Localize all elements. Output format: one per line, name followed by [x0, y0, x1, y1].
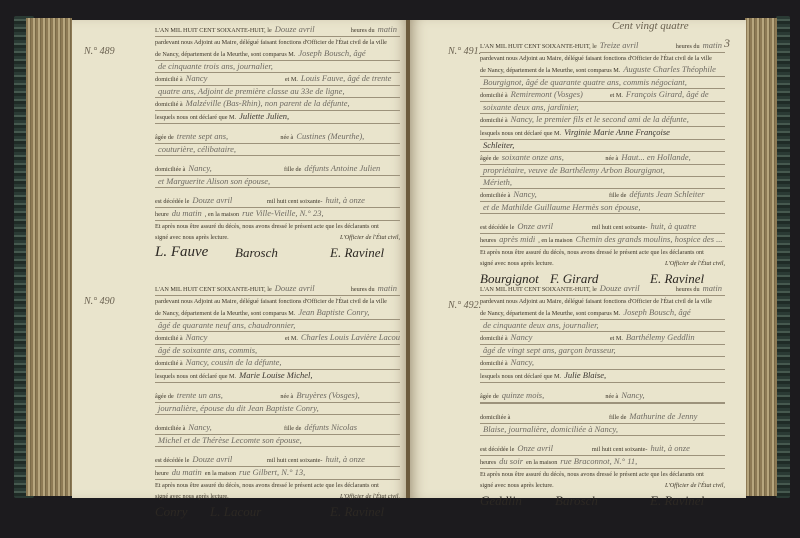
declarant2: Barthélemy Geddlin [623, 332, 725, 343]
line2: pardevant nous Adjoint au Maire, délégué… [480, 53, 712, 64]
occupation: journalière, épouse du dit Jean Baptiste… [155, 403, 400, 414]
officer-label: L'Officier de l'État civil, [665, 480, 725, 491]
declarant1-cont: Bourgignot, âgé de quarante quatre ans, … [480, 77, 725, 88]
declarant2-cont: soixante deux ans, jardinier, [480, 102, 725, 113]
domicile-label: domiciliée à [155, 164, 185, 175]
signatures: L. Fauve Barosch E. Ravinel [155, 243, 400, 273]
domicile3: Nancy, [185, 422, 284, 433]
domicile-label: domicilié à [155, 358, 183, 369]
declarant1-cont: de cinquante trois ans, journalier, [155, 61, 400, 72]
hour-label: heures du [676, 284, 700, 295]
book-cover-right [776, 16, 790, 498]
deceased-name: Marie Louise Michel, [236, 370, 400, 381]
death-date: Onze avril [514, 221, 592, 232]
closing: Et après nous être assuré du décès, nous… [155, 221, 379, 232]
declared-label: lesquels nous ont déclaré que M. [155, 112, 236, 123]
declarant2-cont: quatre ans, Adjoint de première classe a… [155, 86, 400, 97]
declarant1: Joseph Bousch, âgé [620, 307, 725, 318]
house-label: , en la maison [538, 235, 572, 246]
age: soixante onze ans, [499, 152, 606, 163]
domicile-label: domicilié à [155, 99, 183, 110]
death-hour: huit, à onze [322, 195, 400, 206]
domicile-label: domicilié à [155, 74, 183, 85]
officer-label: L'Officier de l'État civil, [340, 491, 400, 502]
parents: Mathurine de Jenny [626, 411, 725, 422]
birthplace: Custines (Meurthe), [293, 131, 400, 142]
hour-label: heures du [351, 25, 375, 36]
death-period: du matin [169, 467, 205, 478]
closing2: signé avec nous après lecture. [155, 491, 340, 502]
officer-label: L'Officier de l'État civil, [340, 232, 400, 243]
domicile-label: domiciliée à [480, 412, 510, 423]
domicile2: Nancy, [508, 357, 725, 368]
date: Douze avril [272, 24, 351, 35]
domicile3: Nancy, [185, 163, 284, 174]
death-record-491: L'AN MIL HUIT CENT SOIXANTE-HUIT, leTrei… [480, 40, 725, 299]
age-label: âgée de [155, 391, 174, 402]
age-label: âgée de [155, 132, 174, 143]
domicile2: Nancy, le premier fils et le second ami … [508, 114, 725, 125]
occupation: propriétaire, veuve de Barthélemy Arbon … [480, 165, 725, 176]
closing: Et après nous être assuré du décès, nous… [480, 469, 704, 480]
page-edges-right [745, 18, 777, 496]
death-hour: huit, à quatre [647, 221, 725, 232]
period: matin [375, 24, 400, 35]
declared-label: lesquels nous ont déclaré que M. [480, 371, 561, 382]
house: rue Braconnot, N.° 11, [557, 456, 725, 467]
hour-word: heures [480, 235, 496, 246]
birthplace: Haut... en Hollande, [618, 152, 725, 163]
deceased-name: Juliette Julien, [236, 111, 400, 122]
domicile-label: domicilié à [480, 333, 508, 344]
declarant1-cont: âgé de quarante neuf ans, chaudronnier, [155, 320, 400, 331]
domicile-label: domiciliée à [155, 423, 185, 434]
age-label: âgée de [480, 153, 499, 164]
declarant2-cont: âgé de vingt sept ans, garçon brasseur, [480, 345, 725, 356]
line2: pardevant nous Adjoint au Maire, délégué… [480, 296, 712, 307]
officer-label: L'Officier de l'État civil, [665, 258, 725, 269]
parents-label: fille de [284, 164, 301, 175]
signature: E. Ravinel [650, 495, 704, 506]
preamble: L'AN MIL HUIT CENT SOIXANTE-HUIT, le [155, 284, 272, 295]
signatures: Conry L. Lacour E. Ravinel [155, 502, 400, 532]
death-record-492: L'AN MIL HUIT CENT SOIXANTE-HUIT, leDouz… [480, 283, 725, 521]
domicile-label: domiciliée à [480, 190, 510, 201]
page-edges-left [26, 18, 72, 496]
preamble: L'AN MIL HUIT CENT SOIXANTE-HUIT, le [155, 25, 272, 36]
declarant2: François Girard, âgé de [623, 89, 725, 100]
period: matin [700, 40, 725, 51]
declared-label: lesquels nous ont déclaré que M. [480, 128, 561, 139]
death-date: Douze avril [189, 195, 267, 206]
period: matin [700, 283, 725, 294]
preamble: L'AN MIL HUIT CENT SOIXANTE-HUIT, le [480, 284, 597, 295]
preamble: L'AN MIL HUIT CENT SOIXANTE-HUIT, le [480, 41, 597, 52]
birthplace: Nancy, [618, 390, 725, 401]
and-label: et M. [285, 333, 298, 344]
house-label: , en la maison [205, 209, 239, 220]
domicile-label: domicilié à [480, 358, 508, 369]
occupation: couturière, célibataire, [155, 144, 400, 155]
death-period: du matin [169, 208, 205, 219]
deceased-name: Julie Blaise, [561, 370, 725, 381]
and-label: et M. [610, 90, 623, 101]
death-date: Onze avril [514, 443, 592, 454]
parents: défunts Antoine Julien [301, 163, 400, 174]
date: Treize avril [597, 40, 676, 51]
hour-word: heure [155, 468, 169, 479]
parents-cont: et Marguerite Alison son épouse, [155, 176, 400, 187]
domicile1: Nancy [508, 332, 610, 343]
date: Douze avril [597, 283, 676, 294]
date: Douze avril [272, 283, 351, 294]
declarant1: Jean Baptiste Conry, [295, 307, 400, 318]
signature: E. Ravinel [330, 506, 384, 517]
entry-number: N.° 492. [448, 300, 481, 311]
death-period: après midi [496, 234, 538, 245]
line3: de Nancy, département de la Meurthe, son… [155, 308, 295, 319]
domicile2: Nancy, cousin de la défunte, [183, 357, 400, 368]
signature: E. Ravinel [330, 247, 384, 258]
year-label: mil huit cent soixante- [267, 455, 323, 466]
line2: pardevant nous Adjoint au Maire, délégué… [155, 37, 387, 48]
deceased-label: est décédée le [480, 222, 514, 233]
hour-label: heures du [676, 41, 700, 52]
age-label: âgée de [480, 391, 499, 402]
domicile1: Nancy [183, 73, 285, 84]
deceased-label: est décédée le [155, 196, 189, 207]
declarant1: Joseph Bousch, âgé [295, 48, 400, 59]
book-gutter [406, 20, 410, 498]
born-label: née à [280, 391, 293, 402]
parents-cont: Blaise, journalière, domiciliée à Nancy, [480, 424, 725, 435]
line3: de Nancy, département de la Meurthe, son… [480, 65, 620, 76]
death-period: du soir [496, 456, 526, 467]
deceased-label: est décédée le [155, 455, 189, 466]
signature: Barosch [235, 247, 278, 258]
age: trente un ans, [174, 390, 281, 401]
year-label: mil huit cent soixante- [592, 222, 648, 233]
parents-cont: Michel et de Thérèse Lecomte son épouse, [155, 435, 400, 446]
page-header-note: Cent vingt quatre [612, 20, 689, 32]
and-label: et M. [285, 74, 298, 85]
signature: Barosch [555, 495, 598, 506]
declarant2: Charles Louis Lavière Lacour, [298, 332, 400, 343]
line2: pardevant nous Adjoint au Maire, délégué… [155, 296, 387, 307]
signature: L. Fauve [155, 247, 208, 258]
hour-label: heures du [351, 284, 375, 295]
signatures: Geddlin Barosch E. Ravinel [480, 491, 725, 521]
parents-cont: et de Mathilde Guillaume Hermès son épou… [480, 202, 725, 213]
death-hour: huit, à onze [647, 443, 725, 454]
hour-word: heure [155, 209, 169, 220]
signature: L. Lacour [210, 506, 261, 517]
house-label: en la maison [526, 457, 557, 468]
signature: Conry [155, 506, 188, 517]
declarant1: Auguste Charles Théophile [620, 64, 725, 75]
domicile-label: domicilié à [480, 115, 508, 126]
declarant2-cont: âgé de soixante ans, commis, [155, 345, 400, 356]
death-hour: huit, à onze [322, 454, 400, 465]
parents: défunts Nicolas [301, 422, 400, 433]
born-label: née à [605, 391, 618, 402]
closing: Et après nous être assuré du décès, nous… [155, 480, 379, 491]
domicile-label: domicilié à [155, 333, 183, 344]
closing: Et après nous être assuré du décès, nous… [480, 247, 704, 258]
domicile1: Remiremont (Vosges) [508, 89, 610, 100]
period: matin [375, 283, 400, 294]
year-label: mil huit cent soixante- [592, 444, 648, 455]
domicile2: Malzéville (Bas-Rhin), non parent de la … [183, 98, 400, 109]
entry-number: N.° 491. [448, 46, 481, 57]
house: Chemin des grands moulins, hospice des .… [573, 234, 725, 245]
year-label: mil huit cent soixante- [267, 196, 323, 207]
death-record-489: L'AN MIL HUIT CENT SOIXANTE-HUIT, leDouz… [155, 24, 400, 273]
closing2: signé avec nous après lecture. [480, 480, 665, 491]
closing2: signé avec nous après lecture. [480, 258, 665, 269]
entry-number: N.° 489 [84, 46, 115, 57]
house: rue Ville-Vieille, N.° 23, [239, 208, 400, 219]
domicile-label: domicilié à [480, 90, 508, 101]
house: rue Gilbert, N.° 13, [236, 467, 400, 478]
death-date: Douze avril [189, 454, 267, 465]
parents: défunts Jean Schleiter [626, 189, 725, 200]
deceased-name-cont: Schleiter, [480, 140, 725, 151]
birthplace: Bruyères (Vosges), [293, 390, 400, 401]
domicile1: Nancy [183, 332, 285, 343]
line3: de Nancy, département de la Meurthe, son… [155, 49, 295, 60]
declared-label: lesquels nous ont déclaré que M. [155, 371, 236, 382]
house-label: en la maison [205, 468, 236, 479]
deceased-label: est décédée le [480, 444, 514, 455]
line3: de Nancy, département de la Meurthe, son… [480, 308, 620, 319]
declarant2: Louis Fauve, âgé de trente [298, 73, 400, 84]
domicile3: Nancy, [510, 189, 609, 200]
hour-word: heures [480, 457, 496, 468]
parents-label: fille de [609, 190, 626, 201]
and-label: et M. [610, 333, 623, 344]
occupation-cont: Mérieth, [480, 177, 725, 188]
signature: Geddlin [480, 495, 522, 506]
closing2: signé avec nous après lecture. [155, 232, 340, 243]
parents-label: fille de [284, 423, 301, 434]
deceased-name: Virginie Marie Anne Françoise [561, 127, 725, 138]
age: trente sept ans, [174, 131, 281, 142]
declarant1-cont: de cinquante deux ans, journalier, [480, 320, 725, 331]
parents-label: fille de [609, 412, 626, 423]
entry-number: N.° 490 [84, 296, 115, 307]
death-record-490: L'AN MIL HUIT CENT SOIXANTE-HUIT, leDouz… [155, 283, 400, 532]
age: quinze mois, [499, 390, 606, 401]
born-label: née à [605, 153, 618, 164]
born-label: née à [280, 132, 293, 143]
